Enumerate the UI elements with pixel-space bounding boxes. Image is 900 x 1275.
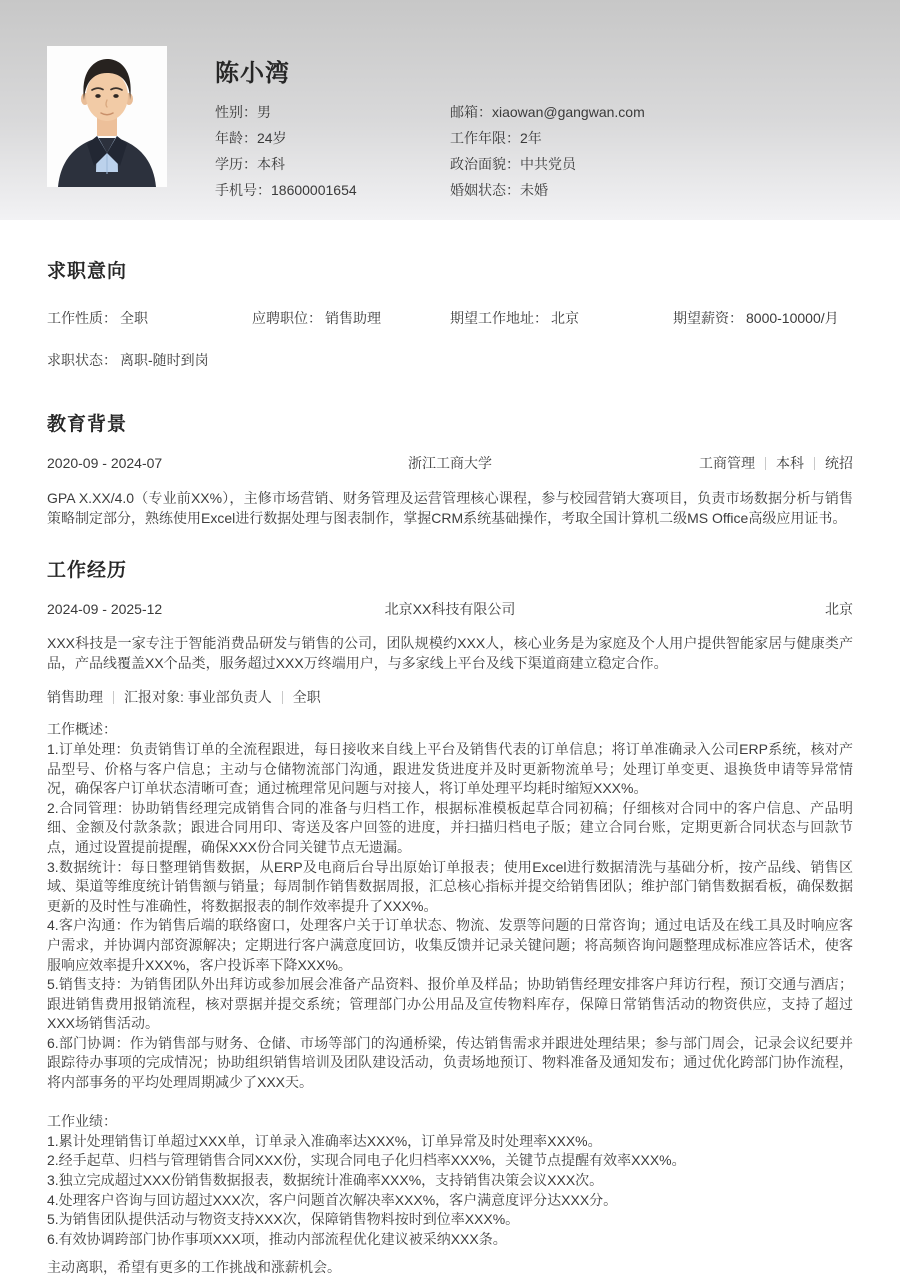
education-degree: 本科: [776, 455, 804, 471]
field-expected-location: 期望工作地址：北京: [450, 308, 673, 328]
position-row: 销售助理汇报对象: 事业部负责人全职: [47, 687, 853, 707]
overview-title: 工作概述：: [47, 720, 853, 740]
leave-reason: 主动离职，希望有更多的工作挑战和涨薪机会。: [47, 1258, 853, 1275]
overview-item: 1.订单处理：负责销售订单的全流程跟进，每日接收来自线上平台及销售代表的订单信息…: [47, 740, 853, 799]
work-location: 北京: [601, 599, 853, 619]
education-meta-row: 2020-09 - 2024-07 浙江工商大学 工商管理本科统招: [47, 453, 853, 473]
achievement-item: 2.经手起草、归档与管理销售合同XXX份，实现合同电子化归档率XXX%，关键节点…: [47, 1151, 853, 1171]
overview-item: 6.部门协调：作为销售部与财务、仓储、市场等部门的沟通桥梁，传达销售需求并跟进处…: [47, 1034, 853, 1093]
achievement-item: 3.独立完成超过XXX份销售数据报表，数据统计准确率XXX%，支持销售决策会议X…: [47, 1171, 853, 1191]
work-period: 2024-09 - 2025-12: [47, 601, 299, 617]
work-company: 北京XX科技有限公司: [299, 599, 601, 619]
header-info: 陈小湾 性别：男 年龄：24岁 学历：本科 手机号：18600001654 邮箱…: [215, 46, 853, 220]
section-education: 教育背景 2020-09 - 2024-07 浙江工商大学 工商管理本科统招 G…: [47, 409, 853, 528]
report-to: 汇报对象: 事业部负责人: [124, 689, 272, 705]
work-meta-row: 2024-09 - 2025-12 北京XX科技有限公司 北京: [47, 599, 853, 619]
section-job-intention: 求职意向 工作性质：全职 应聘职位：销售助理 期望工作地址：北京 期望薪资：80…: [47, 256, 853, 370]
profile-photo: [47, 46, 167, 187]
achievement-item: 1.累计处理销售订单超过XXX单，订单录入准确率达XXX%，订单异常及时处理率X…: [47, 1132, 853, 1152]
field-age: 年龄：24岁: [215, 125, 450, 151]
section-title-job-intention: 求职意向: [47, 256, 853, 283]
section-title-work: 工作经历: [47, 555, 853, 582]
education-enrollment-type: 统招: [825, 455, 853, 471]
job-intention-row-2: 求职状态：离职-随时到岗: [47, 350, 853, 370]
resume-header: 陈小湾 性别：男 年龄：24岁 学历：本科 手机号：18600001654 邮箱…: [0, 0, 900, 220]
section-title-education: 教育背景: [47, 409, 853, 436]
candidate-name: 陈小湾: [215, 53, 853, 88]
overview-item: 2.合同管理：协助销售经理完成销售合同的准备与归档工作，根据标准模板起草合同初稿…: [47, 799, 853, 858]
field-job-nature: 工作性质：全职: [47, 308, 252, 328]
achievement-item: 5.为销售团队提供活动与物资支持XXX次，保障销售物料按时到位率XXX%。: [47, 1210, 853, 1230]
field-phone: 手机号：18600001654: [215, 177, 450, 203]
basic-info-grid: 性别：男 年龄：24岁 学历：本科 手机号：18600001654 邮箱：xia…: [215, 99, 853, 203]
section-work-experience: 工作经历 2024-09 - 2025-12 北京XX科技有限公司 北京 XXX…: [47, 555, 853, 1275]
achievement-item: 4.处理客户咨询与回访超过XXX次，客户问题首次解决率XXX%，客户满意度评分达…: [47, 1191, 853, 1211]
field-gender: 性别：男: [215, 99, 450, 125]
education-major: 工商管理: [699, 455, 755, 471]
company-intro: XXX科技是一家专注于智能消费品研发与销售的公司，团队规模约XXX人，核心业务是…: [47, 634, 853, 673]
overview-item: 4.客户沟通：作为销售后端的联络窗口，处理客户关于订单状态、物流、发票等问题的日…: [47, 916, 853, 975]
portrait-illustration: [47, 46, 167, 187]
field-target-position: 应聘职位：销售助理: [252, 308, 450, 328]
position-title: 销售助理: [47, 689, 103, 705]
field-marital-status: 婚姻状态：未婚: [450, 177, 853, 203]
work-detail: 工作概述： 1.订单处理：负责销售订单的全流程跟进，每日接收来自线上平台及销售代…: [47, 720, 853, 1275]
education-school: 浙江工商大学: [299, 453, 601, 473]
field-job-status: 求职状态：离职-随时到岗: [47, 352, 209, 368]
divider: [765, 457, 766, 470]
job-intention-row-1: 工作性质：全职 应聘职位：销售助理 期望工作地址：北京 期望薪资：8000-10…: [47, 308, 853, 328]
resume-body: 求职意向 工作性质：全职 应聘职位：销售助理 期望工作地址：北京 期望薪资：80…: [0, 256, 900, 1275]
field-expected-salary: 期望薪资：8000-10000/月: [673, 308, 853, 328]
resume-page: 陈小湾 性别：男 年龄：24岁 学历：本科 手机号：18600001654 邮箱…: [0, 0, 900, 1275]
achievement-item: 6.有效协调跨部门协作事项XXX项，推动内部流程优化建议被采纳XXX条。: [47, 1230, 853, 1250]
field-work-years: 工作年限：2年: [450, 125, 853, 151]
achievements-title: 工作业绩：: [47, 1112, 853, 1132]
education-description: GPA X.XX/4.0（专业前XX%），主修市场营销、财务管理及运营管理核心课…: [47, 489, 853, 528]
overview-item: 3.数据统计：每日整理销售数据，从ERP及电商后台导出原始订单报表；使用Exce…: [47, 858, 853, 917]
divider: [113, 691, 114, 704]
overview-item: 5.销售支持：为销售团队外出拜访或参加展会准备产品资料、报价单及样品；协助销售经…: [47, 975, 853, 1034]
divider: [282, 691, 283, 704]
field-political-status: 政治面貌：中共党员: [450, 151, 853, 177]
education-period: 2020-09 - 2024-07: [47, 455, 299, 471]
job-type: 全职: [293, 689, 321, 705]
field-email: 邮箱：xiaowan@gangwan.com: [450, 99, 853, 125]
field-education: 学历：本科: [215, 151, 450, 177]
divider: [814, 457, 815, 470]
education-degree-info: 工商管理本科统招: [601, 453, 853, 473]
